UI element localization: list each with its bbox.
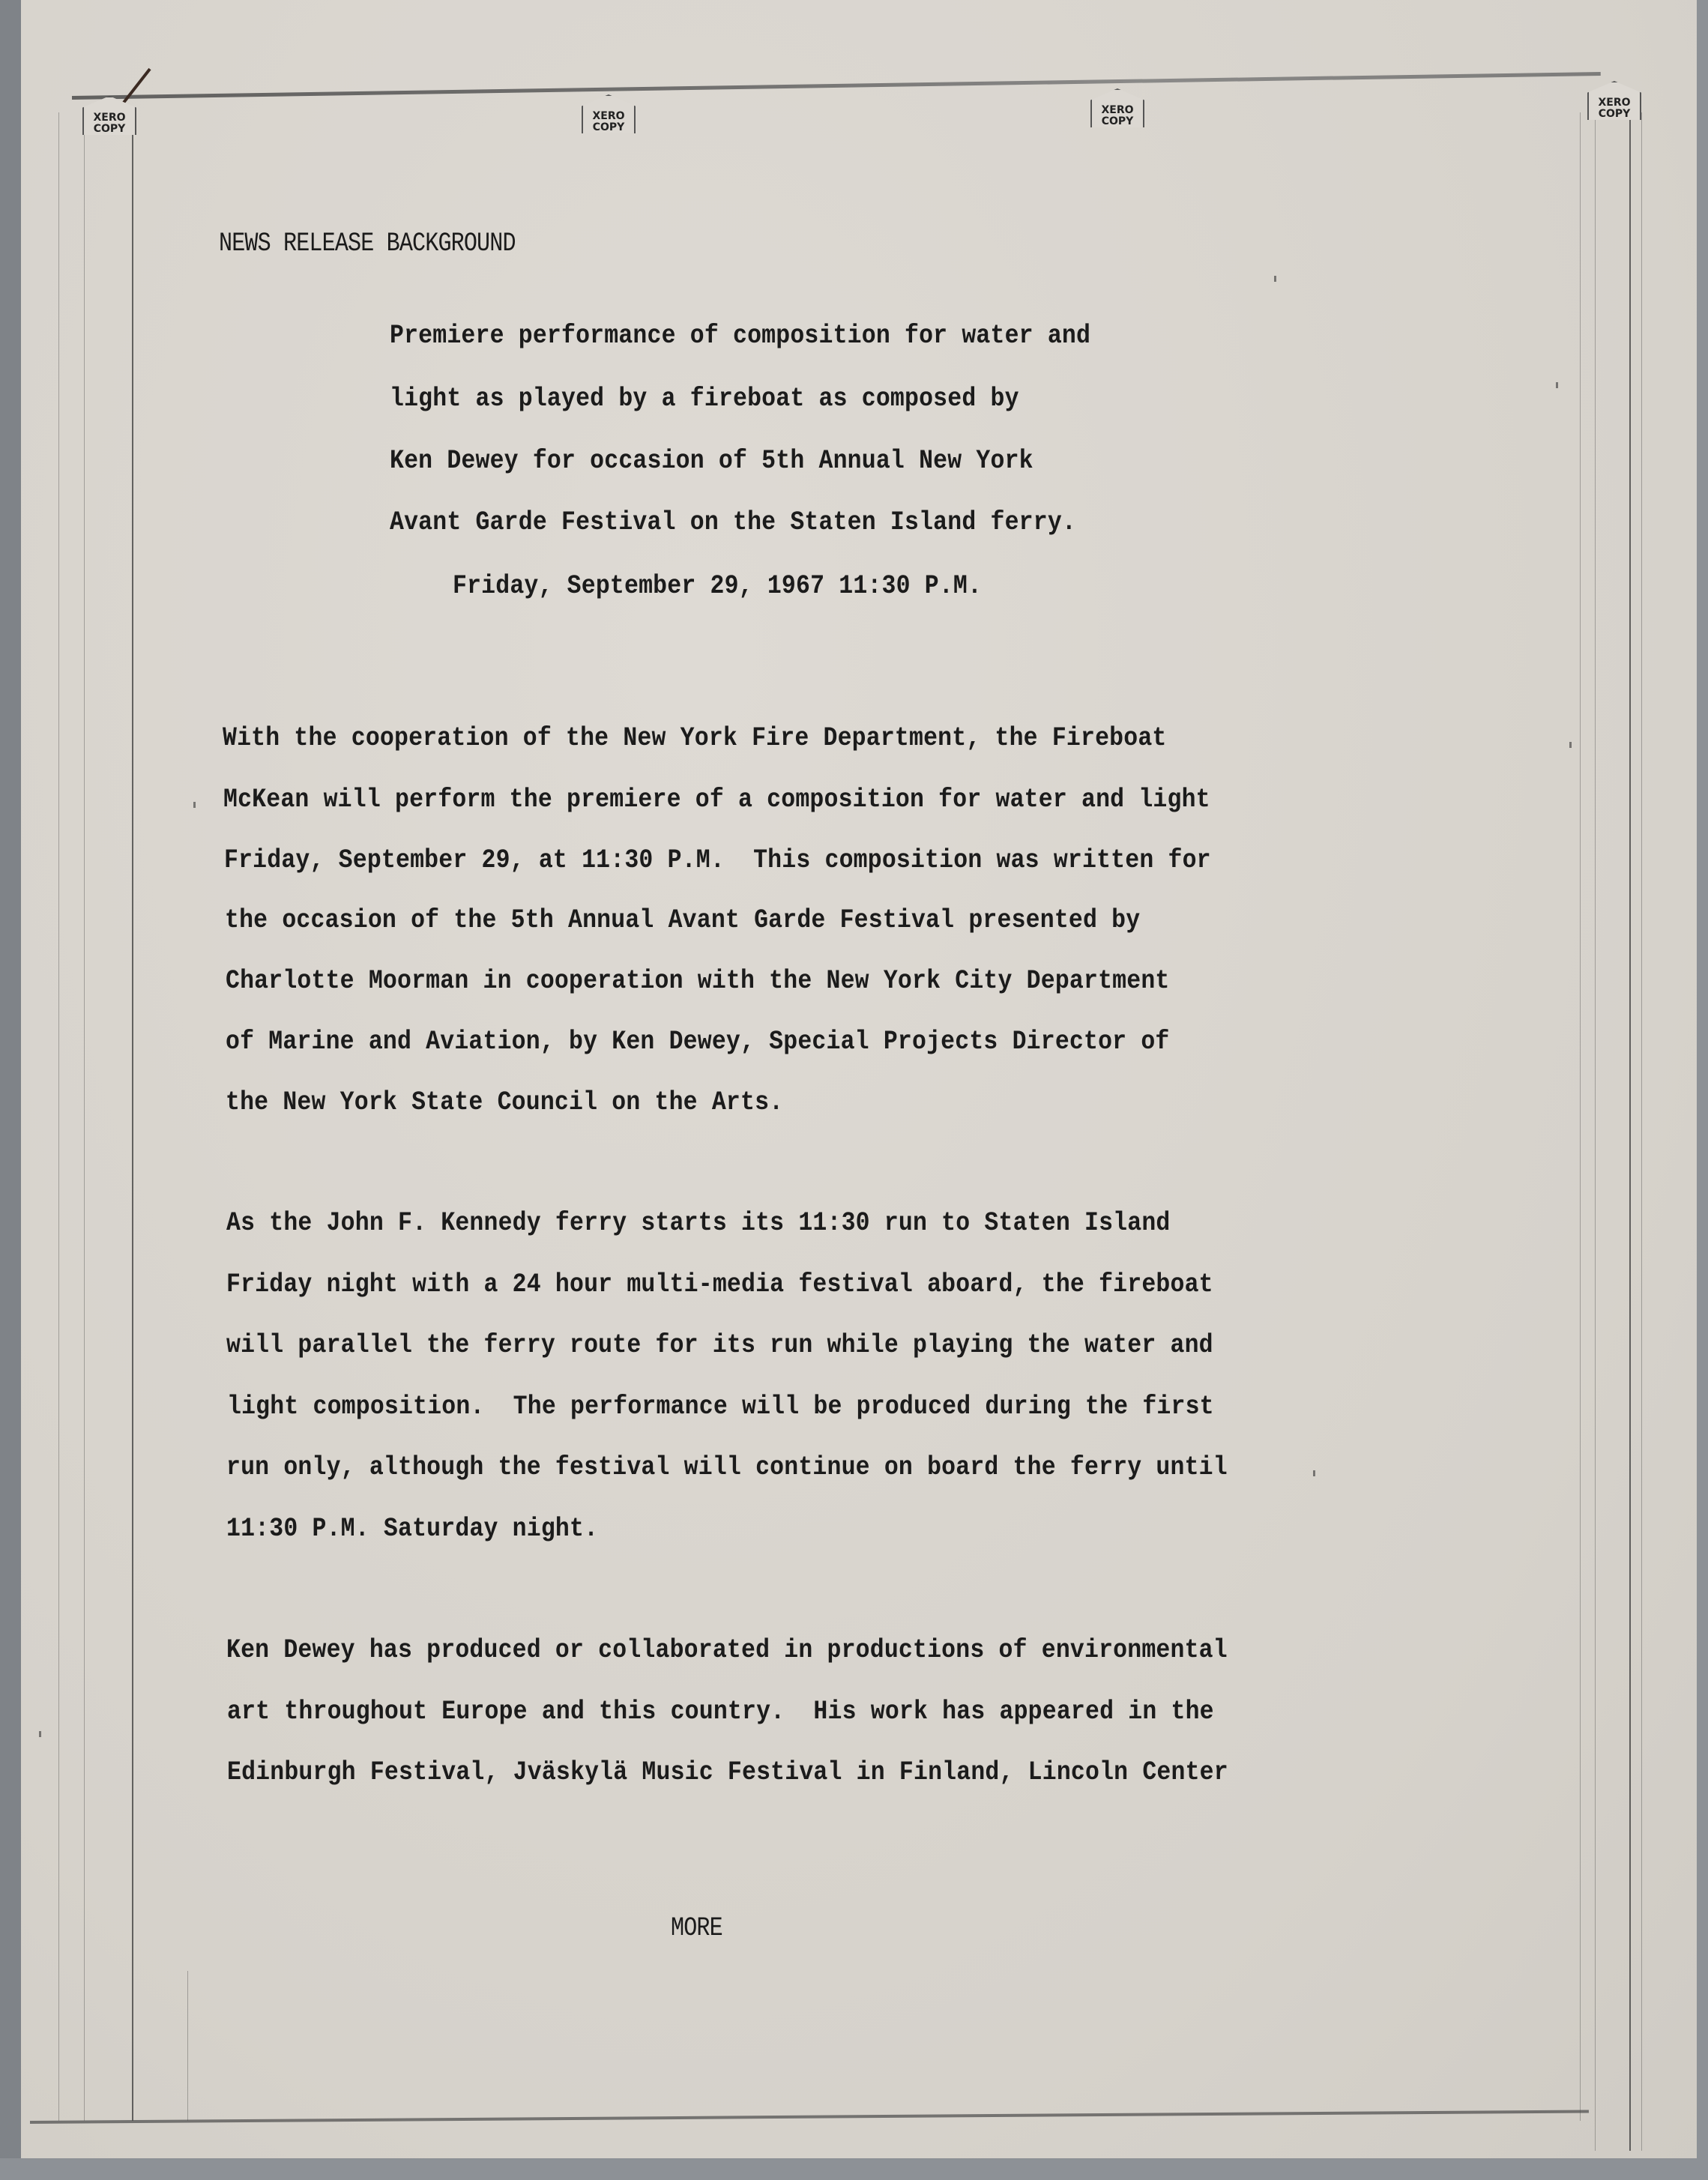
intro-line: Premiere performance of composition for … — [390, 321, 1090, 351]
paragraph-line: 11:30 P.M. Saturday night. — [226, 1514, 598, 1544]
sheet-edge-line — [1595, 112, 1596, 2151]
paragraph-line: the New York State Council on the Arts. — [226, 1087, 783, 1117]
sheet-edge-line — [84, 112, 85, 2121]
speck — [1556, 382, 1558, 388]
intro-line: Ken Dewey for occasion of 5th Annual New… — [390, 446, 1033, 476]
paragraph-line: Ken Dewey has produced or collaborated i… — [226, 1635, 1228, 1665]
sheet-edge-line — [1641, 112, 1642, 2151]
paragraph-line: run only, although the festival will con… — [226, 1452, 1228, 1482]
intro-line: Avant Garde Festival on the Staten Islan… — [390, 507, 1076, 537]
paragraph-line: will parallel the ferry route for its ru… — [226, 1330, 1213, 1360]
paragraph-line: art throughout Europe and this country. … — [227, 1697, 1214, 1727]
paragraph-line: the occasion of the 5th Annual Avant Gar… — [225, 905, 1140, 935]
sheet-edge-line — [1629, 112, 1631, 2151]
paragraph-line: McKean will perform the premiere of a co… — [223, 785, 1210, 815]
speck — [193, 802, 196, 808]
background-bottom — [0, 2158, 1708, 2180]
speck — [1569, 742, 1572, 748]
intro-line: light as played by a fireboat as compose… — [390, 384, 1019, 414]
paragraph-line: Edinburgh Festival, Jväskylä Music Festi… — [227, 1757, 1228, 1787]
sheet-edge-line — [58, 112, 59, 2121]
document-header: NEWS RELEASE BACKGROUND — [219, 229, 516, 259]
paragraph-line: of Marine and Aviation, by Ken Dewey, Sp… — [226, 1027, 1169, 1057]
sheet-edge-line — [132, 112, 133, 2121]
speck — [1274, 276, 1276, 282]
background-edge — [0, 0, 21, 2180]
paragraph-line: Friday, September 29, at 11:30 P.M. This… — [224, 845, 1211, 875]
speck — [1313, 1470, 1315, 1476]
more-footer: MORE — [671, 1913, 722, 1943]
paragraph-line: Friday night with a 24 hour multi-media … — [226, 1269, 1213, 1299]
paragraph-line: With the cooperation of the New York Fir… — [223, 723, 1166, 753]
paragraph-line: As the John F. Kennedy ferry starts its … — [226, 1208, 1170, 1238]
sheet-edge-line — [1580, 112, 1581, 2121]
date-line: Friday, September 29, 1967 11:30 P.M. — [453, 571, 982, 601]
speck — [39, 1731, 41, 1737]
sheet-edge-line — [187, 1971, 188, 2121]
paragraph-line: light composition. The performance will … — [227, 1392, 1214, 1422]
paragraph-line: Charlotte Moorman in cooperation with th… — [226, 966, 1169, 996]
